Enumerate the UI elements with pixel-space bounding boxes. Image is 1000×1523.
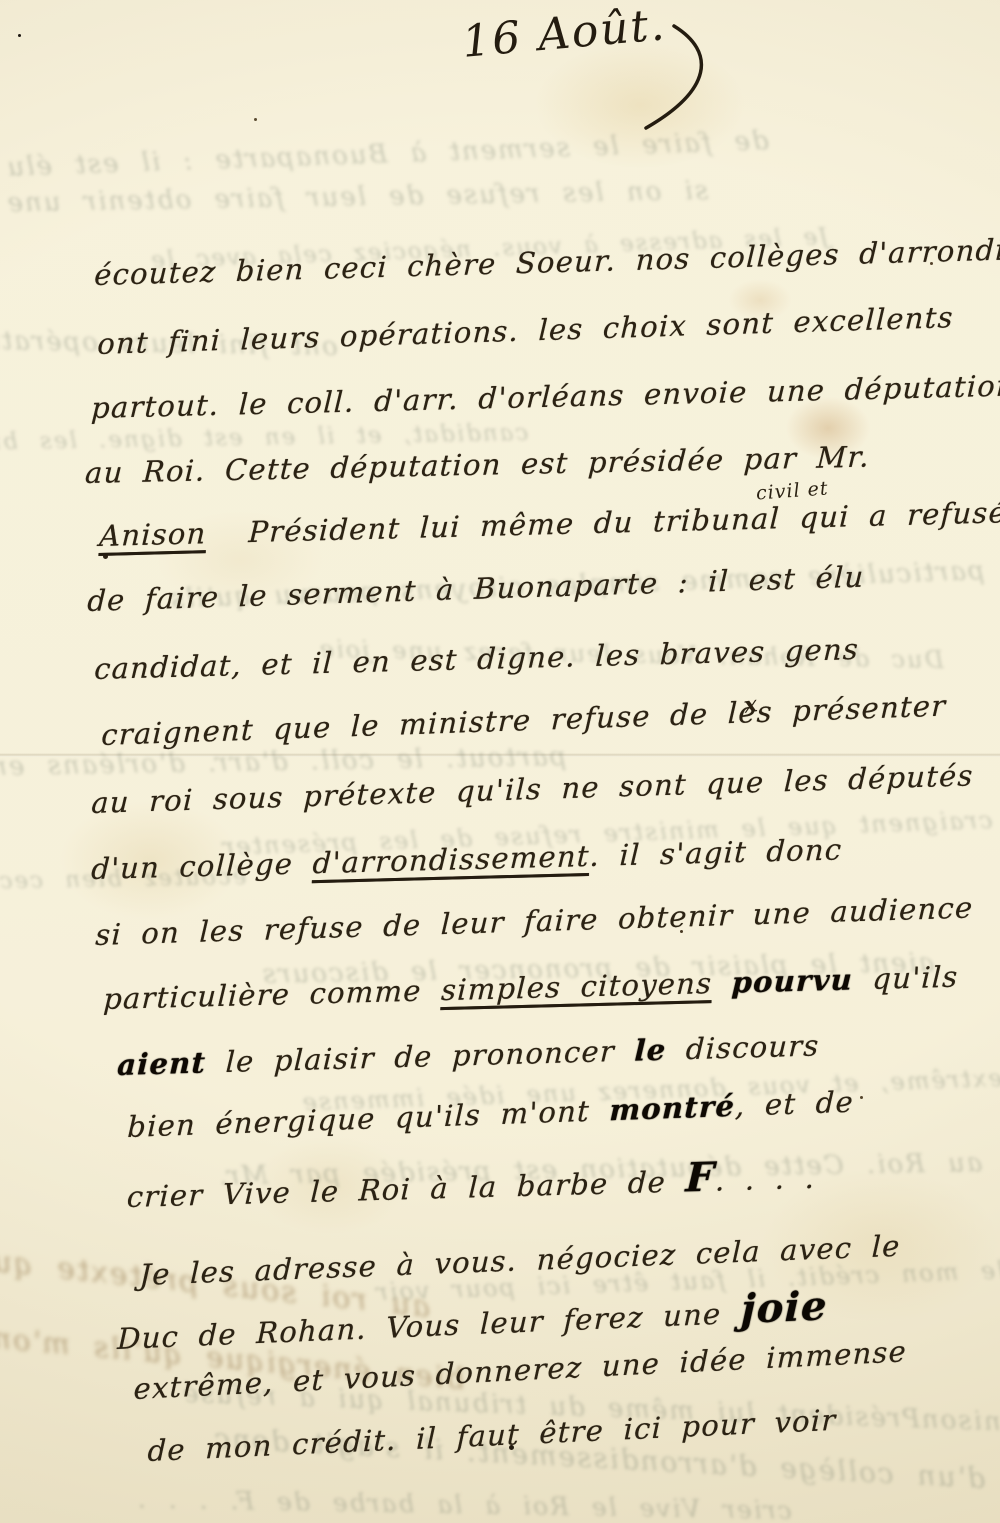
text-segment: de faire le serment à Buonaparte : il es… [87, 560, 865, 618]
text-segment: aient [117, 1046, 207, 1082]
text-segment: le plaisir de prononcer [205, 1034, 635, 1080]
manuscript-line: si on les refuse de leur faire obtenir u… [95, 890, 974, 952]
ink-bleedthrough-line: crier Vive le Roi à la barbe de F. . . . [136, 1485, 792, 1523]
text-segment: qu'ils [852, 960, 959, 997]
text-segment: montré [609, 1089, 736, 1127]
manuscript-line: ont fini leurs opérations. les choix son… [97, 300, 955, 361]
manuscript-line: de faire le serment à Buonaparte : il es… [87, 560, 865, 618]
underlined-word: d'arrondissement [312, 839, 591, 880]
text-segment: ont fini leurs opérations. les choix son… [97, 300, 955, 361]
manuscript-page: de faire le serment à Buonaparte : il es… [0, 0, 1000, 1523]
text-segment [712, 966, 733, 1000]
text-segment: bien énergique qu'ils m'ont [127, 1093, 610, 1144]
text-segment: particulière comme [103, 973, 442, 1016]
underlined-word: Anison [99, 516, 208, 553]
text-segment: le [634, 1033, 667, 1068]
underlined-word: simples citoyens [440, 966, 713, 1007]
text-segment: . il s'agit donc [589, 832, 843, 873]
text-segment: si on les refuse de leur faire obtenir u… [95, 890, 974, 952]
text-segment: . . . . [715, 1161, 817, 1198]
text-segment: F [685, 1154, 717, 1202]
text-segment: partout. le coll. d'arr. d'orléans envoi… [90, 368, 1000, 425]
text-segment: joie [740, 1282, 828, 1333]
text-segment: , et de [735, 1085, 855, 1123]
ink-specks [18, 34, 21, 37]
ink-bleedthrough-line: si on les refuse de leur faire obtenir u… [0, 176, 709, 221]
pen-flourish [626, 24, 736, 134]
text-segment: discours [666, 1028, 821, 1066]
manuscript-line: AnisonPrésident lui même du tribunal qui… [99, 495, 1000, 553]
manuscript-line: partout. le coll. d'arr. d'orléans envoi… [90, 368, 1000, 425]
text-segment: Président lui même du tribunal qui a ref… [248, 495, 1000, 549]
text-segment: crier Vive le Roi à la barbe de [126, 1164, 686, 1214]
text-segment: pourvu [731, 962, 854, 999]
text-segment: d'un collège [91, 846, 314, 886]
ink-bleedthrough-line: de faire le serment à Buonaparte : il es… [5, 126, 769, 183]
